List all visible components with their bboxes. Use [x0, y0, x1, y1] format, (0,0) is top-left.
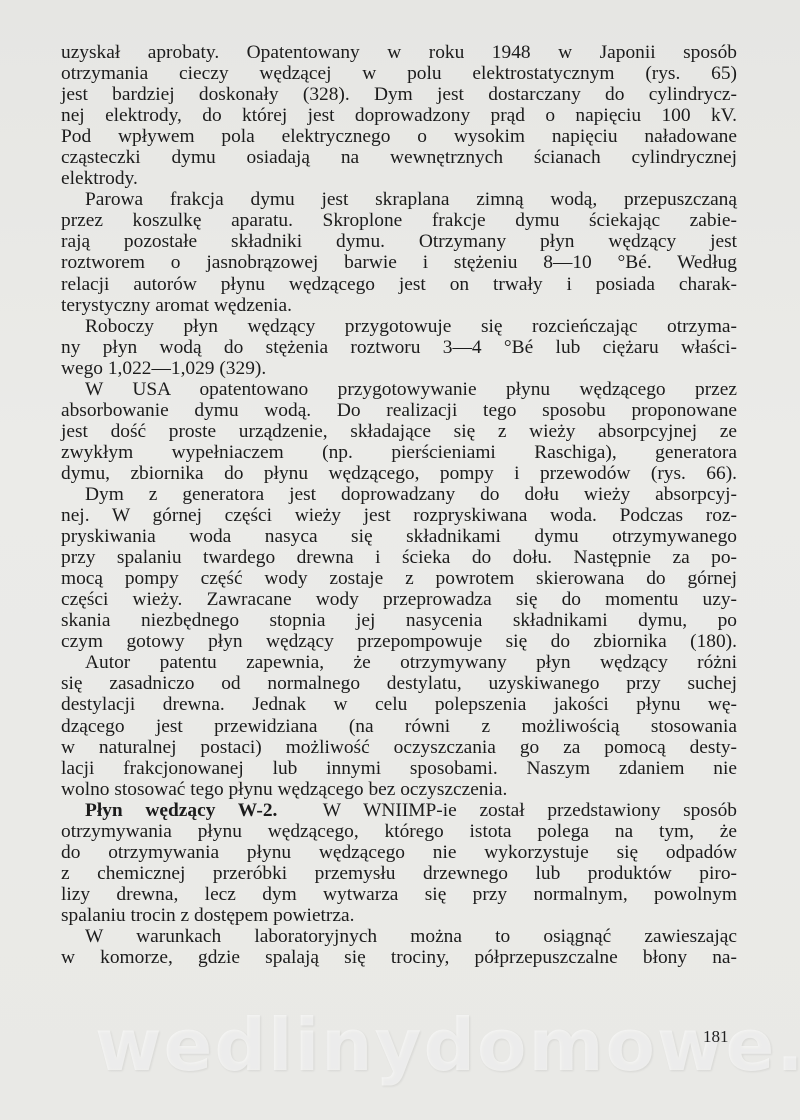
text-line: przez koszulkę aparatu. Skroplone frakcj… [61, 210, 737, 231]
text-line: lizy drewna, lecz dym wytwarza się przy … [61, 884, 737, 905]
text-line: się zasadniczo od normalnego destylatu, … [61, 673, 737, 694]
text-line: wolno stosować tego płynu wędzącego bez … [61, 779, 737, 800]
text-line: Roboczy płyn wędzący przygotowuje się ro… [61, 316, 737, 337]
text-line: Płyn wędzący W-2. W WNIIMP-ie został prz… [61, 800, 737, 821]
text-line: nej. W górnej części wieży jest rozprysk… [61, 505, 737, 526]
text-line: mocą pompy część wody zostaje z powrotem… [61, 568, 737, 589]
text-line: Pod wpływem pola elektrycznego o wysokim… [61, 126, 737, 147]
text-line: jest bardziej doskonały (328). Dym jest … [61, 84, 737, 105]
text-line: W USA opatentowano przygotowywanie płynu… [61, 379, 737, 400]
text-line: czym gotowy płyn wędzący przepompowuje s… [61, 631, 737, 652]
text-line: lacji frakcjonowanej lub innymi sposobam… [61, 758, 737, 779]
text-line: uzyskał aprobaty. Opatentowany w roku 19… [61, 42, 737, 63]
text-line: relacji autorów płynu wędzącego jest on … [61, 274, 737, 295]
text-line: w komorze, gdzie spalają się trociny, pó… [61, 947, 737, 968]
text-line: terystyczny aromat wędzenia. [61, 295, 737, 316]
section-heading: Płyn wędzący W-2. [85, 800, 277, 821]
text-line: Parowa frakcja dymu jest skraplana zimną… [61, 189, 737, 210]
text-line: cząsteczki dymu osiadają na wewnętrznych… [61, 147, 737, 168]
page-number: 181 [703, 1027, 729, 1047]
text-line: destylacji drewna. Jednak w celu polepsz… [61, 694, 737, 715]
text-line: otrzymywania płynu wędzącego, którego is… [61, 821, 737, 842]
watermark: wedlinydomowe.pl [95, 1005, 715, 1085]
text-line: zwykłym wypełniaczem (np. pierścieniami … [61, 442, 737, 463]
text-line: pryskiwania woda nasyca się składnikami … [61, 526, 737, 547]
line-text: W WNIIMP-ie został przedstawiony sposób [323, 800, 737, 821]
text-line: dymu, zbiornika do płynu wędzącego, pomp… [61, 463, 737, 484]
text-line: dzącego jest przewidziana (na równi z mo… [61, 716, 737, 737]
text-line: rają pozostałe składniki dymu. Otrzymany… [61, 231, 737, 252]
text-line: absorbowanie dymu wodą. Do realizacji te… [61, 400, 737, 421]
text-line: W warunkach laboratoryjnych można to osi… [61, 926, 737, 947]
text-line: Autor patentu zapewnia, że otrzymywany p… [61, 652, 737, 673]
text-line: roztworem o jasnobrązowej barwie i stęże… [61, 252, 737, 273]
text-line: otrzymania cieczy wędzącej w polu elektr… [61, 63, 737, 84]
text-line: wego 1,022—1,029 (329). [61, 358, 737, 379]
body-text: uzyskał aprobaty. Opatentowany w roku 19… [61, 42, 737, 968]
text-line: do otrzymywania płynu wędzącego nie wyko… [61, 842, 737, 863]
text-line: przy spalaniu twardego drewna i ścieka d… [61, 547, 737, 568]
text-line: skania niezbędnego stopnia jej nasycenia… [61, 610, 737, 631]
text-line: części wieży. Zawracane wody przeprowadz… [61, 589, 737, 610]
text-line: spalaniu trocin z dostępem powietrza. [61, 905, 737, 926]
text-line: nej elektrody, do której jest doprowadzo… [61, 105, 737, 126]
book-page: uzyskał aprobaty. Opatentowany w roku 19… [0, 0, 800, 1120]
text-line: Dym z generatora jest doprowadzany do do… [61, 484, 737, 505]
text-line: jest dość proste urządzenie, składające … [61, 421, 737, 442]
text-line: z chemicznej przeróbki przemysłu drzewne… [61, 863, 737, 884]
text-line: w naturalnej postaci) możliwość oczyszcz… [61, 737, 737, 758]
text-line: ny płyn wodą do stężenia roztworu 3—4 °B… [61, 337, 737, 358]
text-line: elektrody. [61, 168, 737, 189]
